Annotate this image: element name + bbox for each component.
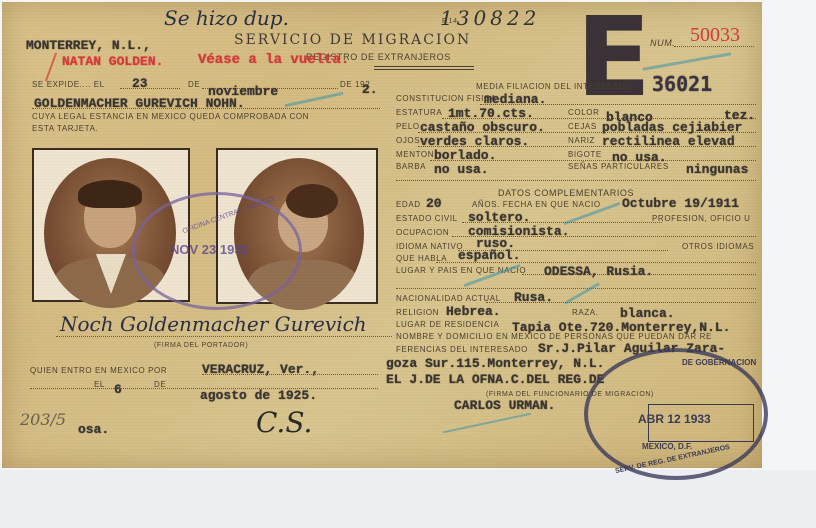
class-letter: E [576,2,651,112]
barba-label: BARBA [396,162,426,171]
issue-day: 23 [132,76,148,91]
entry-day: 6 [114,382,122,397]
margin-typed-note: osa. [78,422,109,437]
senas-label: SEÑAS PARTICULARES [568,162,669,171]
edad-value: 20 [426,196,442,211]
estatura-label: ESTATURA [396,108,442,117]
handwritten-duplicate-note: Se hizo dup. [164,6,289,30]
entry-port: VERACRUZ, Ver., [202,362,319,377]
ink-mark [642,52,731,71]
cejas-label: CEJAS [568,122,597,131]
ocupacion-label: OCUPACION [396,228,449,237]
color-label: COLOR [568,108,599,117]
lugar-nacimiento-value: ODESSA, Rusia. [544,264,653,279]
legal-text-line-2: ESTA TARJETA. [32,124,98,133]
otros-idiomas-label: OTROS IDIOMAS [682,242,754,251]
funcionario-title: EL J.DE LA OFNA.C.DEL REG.DE [386,372,604,387]
document-title: SERVICIO DE MIGRACION [234,32,471,48]
pelo-label: PELO [396,122,420,131]
raza-label: RAZA. [572,308,599,317]
margin-handwritten-note: 203/5 [20,410,66,429]
funcionario-name: CARLOS URMAN. [454,398,555,413]
estatura-value: 1mt.70.cts. [448,106,534,121]
red-see-reverse-note: Véase a la vuelta. [198,52,349,68]
religion-label: RELIGION [396,308,439,317]
complementarios-header: DATOS COMPLEMENTARIOS [498,188,634,198]
ink-mark [443,413,531,434]
bigote-label: BIGOTE [568,150,602,159]
issue-label: SE EXPIDE.... EL [32,80,105,89]
menton-label: MENTON [396,150,434,159]
num-label: NUM. [650,38,675,48]
senas-value: ningunas [686,162,748,177]
estado-civil-value: soltero. [468,210,530,225]
barba-value: no usa. [434,162,489,177]
pelo-value: castaño obscuro. [420,120,545,135]
official-initials: C.S. [256,406,312,439]
entry-el-label: EL [94,380,105,389]
holder-signature: Noch Goldenmacher Gurevich [60,312,367,336]
registry-stamp-city: MEXICO, D.F. [642,442,692,451]
nariz-value: rectilinea elevad [602,134,735,149]
migration-registration-card: Se hizo dup. F.14 130822 SERVICIO DE MIG… [2,2,762,468]
constitucion-value: mediana. [484,92,546,107]
religion-value: Hebrea. [446,304,501,319]
profesion-label: PROFESION, OFICIO U [652,214,751,223]
handwritten-reference: 130822 [440,6,540,30]
red-pencil-mark [45,53,57,82]
referencias-label-2: FERENCIAS DEL INTERESADO [396,345,528,354]
constitucion-label: CONSTITUCION FISICA [396,94,496,103]
residencia-label: LUGAR DE RESIDENCIA [396,320,499,329]
issue-de-label: DE [188,80,200,89]
registry-stamp-date: ABR 12 1933 [638,412,711,426]
red-name-stamp: NATAN GOLDEN. [62,54,163,69]
cejas-value: pobladas cejiabier [602,120,742,135]
referencias-label-1: NOMBRE Y DOMICILIO EN MEXICO DE PERSONAS… [396,332,712,341]
entry-de-label: DE [154,380,166,389]
nacimiento-label: AÑOS. FECHA EN QUE NACIO [472,200,601,209]
secondary-number: 36021 [652,72,712,96]
title-rule [374,66,474,70]
holder-signature-label: (FIRMA DEL PORTADOR) [154,342,248,349]
entry-label: QUIEN ENTRO EN MEXICO POR [30,366,167,375]
raza-value: blanca. [620,306,675,321]
ojos-value: verdes claros. [420,134,529,149]
issue-place: MONTERREY, N.L., [26,38,151,53]
filiacion-header: MEDIA FILIACION DEL INTERESADO [476,82,632,91]
registry-stamp-text-top: DE GOBERNACION [682,358,756,367]
photo-stamp-date: NOV 23 1932 [170,242,249,257]
entry-date: agosto de 1925. [200,388,317,403]
referencias-value-2: goza Sur.115.Monterrey, N.L. [386,356,604,371]
issue-year-digit: 2. [362,82,378,97]
idioma-label: IDIOMA NATIVO [396,242,463,251]
legal-text-line-1: CUYA LEGAL ESTANCIA EN MEXICO QUEDA COMP… [32,112,309,121]
estado-civil-label: ESTADO CIVIL [396,214,458,223]
edad-label: EDAD [396,200,421,209]
nariz-label: NARIZ [568,136,595,145]
nacimiento-value: Octubre 19/1911 [622,196,739,211]
ink-mark [284,92,343,107]
nacionalidad-value: Rusa. [514,290,553,305]
habla-value: español. [458,248,520,263]
menton-value: borlado. [434,148,496,163]
registration-number: 50033 [690,24,740,47]
ojos-label: OJOS [396,136,420,145]
